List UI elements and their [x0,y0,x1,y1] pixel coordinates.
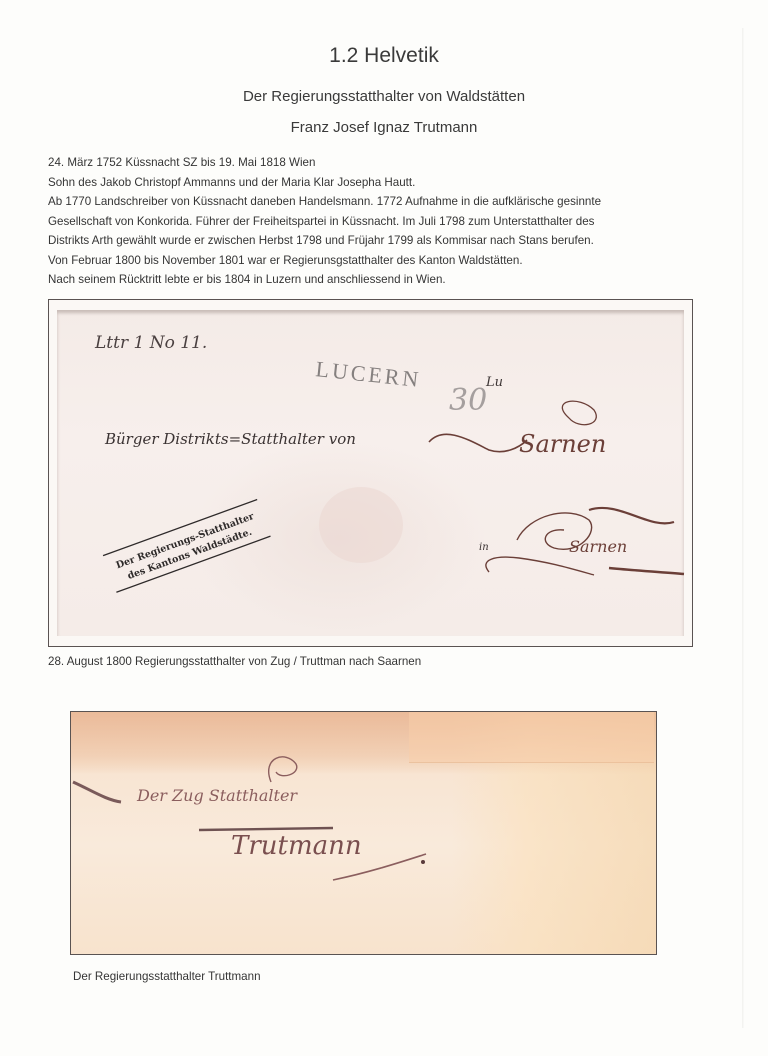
rate-note: Lu [485,375,503,390]
letter-cover-image: Lttr 1 No 11. LUCERN 30 Lu Bürger Distri… [48,299,693,647]
bio-line: Sohn des Jakob Christopf Ammanns und der… [48,173,728,193]
script-line: Der Zug Statthalter [136,786,298,805]
page-title: 1.2 Helvetik [0,44,768,68]
bio-line: 24. März 1752 Küssnacht SZ bis 19. Mai 1… [48,153,728,173]
docket-text: Lttr 1 No 11. [94,333,207,353]
letter-handwriting: Lttr 1 No 11. LUCERN 30 Lu Bürger Distri… [49,300,694,648]
bio-line: Ab 1770 Landschreiber von Küssnacht dane… [48,192,728,212]
signature-handwriting: Der Zug Statthalter Trutmann [71,712,657,955]
regierungs-statthalter-stamp: Der Regierungs-Statthalter des Kantons W… [103,500,270,593]
address-destination: Sarnen [569,537,627,556]
bio-line: Distrikts Arth gewählt wurde er zwischen… [48,231,728,251]
page-edge [742,28,744,1028]
bio-line: Gesellschaft von Konkorida. Führer der F… [48,212,728,232]
letter-caption: 28. August 1800 Regierungsstatthalter vo… [48,655,421,668]
person-name: Franz Josef Ignaz Trutmann [0,119,768,136]
address-in: in [479,542,489,553]
biography-text: 24. März 1752 Küssnacht SZ bis 19. Mai 1… [48,153,728,290]
trutmann-signature: Trutmann [231,831,362,861]
signature-detail-image: Der Zug Statthalter Trutmann [70,711,657,955]
lucern-postmark: LUCERN [314,356,422,392]
page-subtitle: Der Regierungsstatthalter von Waldstätte… [0,88,768,105]
postage-rate: 30 [449,383,487,418]
signature-caption: Der Regierungsstatthalter Truttmann [73,970,261,983]
address-place: Sarnen [519,430,606,458]
bio-line: Nach seinem Rücktritt lebte er bis 1804 … [48,270,728,290]
address-line: Bürger Distrikts=Statthalter von [104,430,356,448]
bio-line: Von Februar 1800 bis November 1801 war e… [48,251,728,271]
